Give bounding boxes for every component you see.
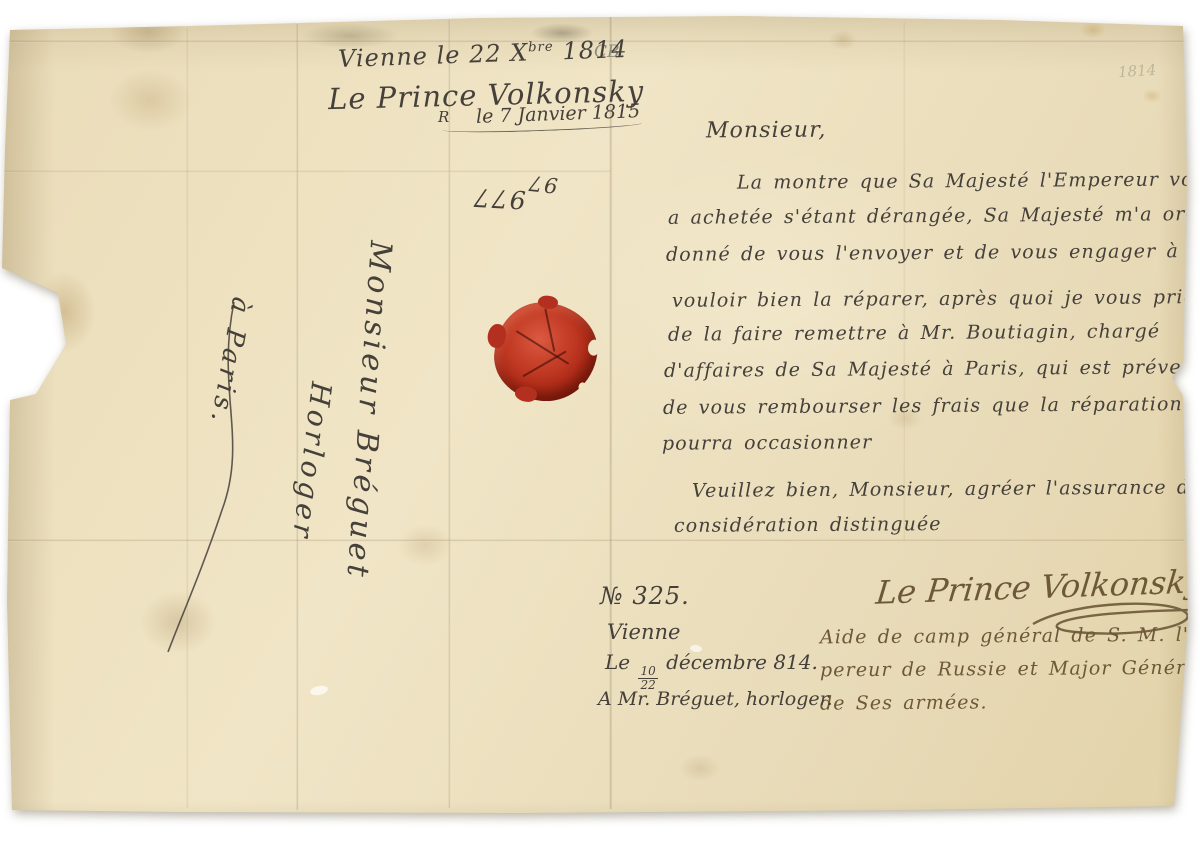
letter-body-line: de vous rembourser les frais que la répa… bbox=[663, 393, 1183, 419]
docket-year: 1814 bbox=[553, 35, 628, 66]
docket-month-superscript: bre bbox=[528, 40, 554, 56]
red-wax-seal bbox=[489, 296, 604, 407]
wax-seal-crack bbox=[545, 308, 556, 351]
pencil-date-note: 1814 bbox=[1117, 61, 1156, 82]
docket-received-mark: R bbox=[438, 108, 449, 126]
address-recipient: Monsieur Bréguet bbox=[339, 240, 398, 582]
reference-addressee: A Mr. Bréguet, horloger. bbox=[598, 688, 833, 710]
wax-seal-gap bbox=[578, 382, 587, 392]
letter-body-line: a achetée s'étant dérangée, Sa Majesté m… bbox=[668, 203, 1193, 229]
reference-date: Le 1022 décembre 814. bbox=[605, 650, 818, 691]
letter-body-line: donné de vous l'envoyer et de vous engag… bbox=[666, 240, 1179, 266]
docket-numeral-inverted: 977 bbox=[471, 183, 526, 215]
wax-seal-crack bbox=[522, 350, 566, 376]
reference-date-prefix: Le bbox=[605, 650, 630, 674]
letter-closing-line: Veuillez bien, Monsieur, agréer l'assura… bbox=[692, 476, 1200, 502]
wax-seal-edge bbox=[514, 385, 538, 403]
fold-crease-vertical-4 bbox=[903, 22, 906, 540]
wax-seal-edge bbox=[537, 294, 559, 310]
paper-sheet: CB. 1814 Vienne le 22 Xbre 1814 Le Princ… bbox=[0, 0, 1200, 848]
wax-seal-gap bbox=[587, 339, 601, 357]
signature-title-line: Aide de camp général de S. M. l'Em bbox=[820, 624, 1200, 649]
paper-abrasion bbox=[309, 684, 328, 697]
reference-date-rest: décembre 814. bbox=[666, 650, 818, 674]
letter-body-line: vouloir bien la réparer, après quoi je v… bbox=[672, 286, 1196, 312]
address-profession: Horloger bbox=[286, 380, 338, 543]
letter-body-line: La montre que Sa Majesté l'Empereur vous bbox=[737, 168, 1200, 193]
fold-crease-vertical-2 bbox=[296, 24, 299, 810]
wax-seal-crack bbox=[516, 330, 569, 364]
docket-numeral-inverted: 97 bbox=[526, 170, 559, 197]
letter-body-line: de la faire remettre à Mr. Boutiagin, ch… bbox=[668, 320, 1160, 345]
wax-seal-edge bbox=[486, 323, 507, 349]
letter-closing-line: considération distinguée bbox=[674, 513, 942, 537]
fraction-numerator: 10 bbox=[638, 665, 657, 679]
letter-body-line: pourra occasionner bbox=[662, 431, 872, 454]
reference-number: № 325. bbox=[600, 582, 690, 610]
address-paraph-flourish bbox=[150, 280, 270, 680]
reference-place: Vienne bbox=[607, 620, 680, 644]
letter-body-line: d'affaires de Sa Majesté à Paris, qui es… bbox=[664, 356, 1200, 382]
signature-title-line: de Ses armées. bbox=[820, 691, 988, 714]
fold-crease-horizontal-left bbox=[4, 170, 610, 173]
signature-title-line: pereur de Russie et Major Général bbox=[820, 657, 1200, 682]
letter-scan: CB. 1814 Vienne le 22 Xbre 1814 Le Princ… bbox=[0, 0, 1200, 848]
docket-date-text: Vienne le 22 X bbox=[338, 38, 529, 73]
letter-salutation: Monsieur, bbox=[706, 118, 827, 144]
fold-crease-vertical-3 bbox=[448, 20, 451, 808]
wax-remnant bbox=[10, 373, 33, 393]
